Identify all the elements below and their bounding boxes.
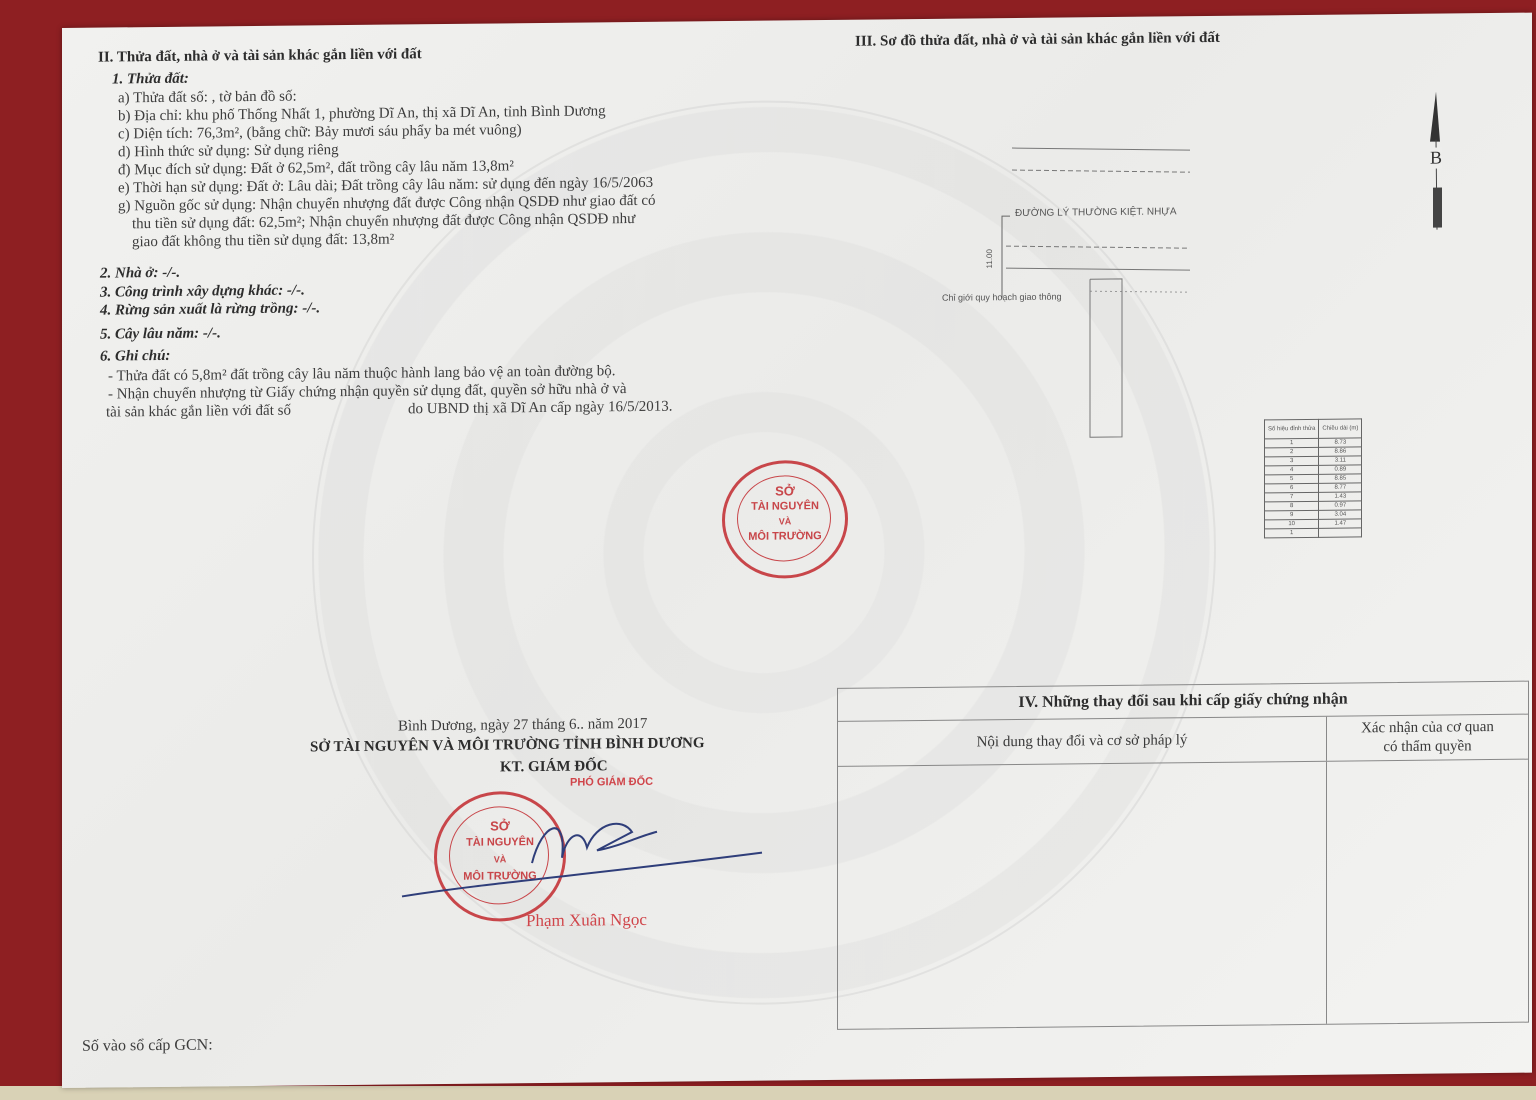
deputy-director-label: PHÓ GIÁM ĐỐC [570, 776, 653, 789]
signature-scribble [392, 801, 772, 915]
parcel-number: a) Thửa đất số: , tờ bản đồ số: [118, 89, 297, 108]
registry-number-label: Số vào sổ cấp GCN: [82, 1036, 213, 1055]
notes-heading: 6. Ghi chú: [100, 348, 170, 366]
perennial-item: 5. Cây lâu năm: -/-. [100, 325, 221, 343]
land-certificate-page: II. Thửa đất, nhà ở và tài sản khác gắn … [62, 13, 1532, 1088]
road-label: ĐƯỜNG LÝ THƯỜNG KIỆT. NHỰA [1015, 206, 1177, 219]
note-3b: do UBND thị xã Dĩ An cấp ngày 16/5/2013. [408, 399, 673, 419]
north-label: B [1430, 148, 1442, 169]
table-row: 1 [1265, 528, 1362, 538]
issue-date: Bình Dương, ngày 27 tháng 6.. năm 2017 [398, 716, 647, 736]
usage-form: d) Hình thức sử dụng: Sử dụng riêng [118, 142, 339, 161]
note-3a: tài sản khác gắn liền với đất số [106, 403, 291, 422]
usage-origin-3: giao đất không thu tiền sử dụng đất: 13,… [132, 232, 394, 252]
section-3-title: III. Sơ đồ thửa đất, nhà ở và tài sản kh… [855, 30, 1220, 51]
signer-name: Phạm Xuân Ngọc [526, 910, 647, 931]
changes-column-header: Nội dung thay đổi và cơ sở pháp lý [838, 717, 1327, 766]
land-parcel-heading: 1. Thửa đất: [112, 71, 189, 89]
road-width-label: 11.00 [985, 249, 994, 269]
signer-role: KT. GIÁM ĐỐC [500, 758, 608, 776]
section-2-title: II. Thửa đất, nhà ở và tài sản khác gắn … [98, 46, 422, 66]
forest-item: 4. Rừng sản xuất là rừng trồng: -/-. [100, 300, 320, 319]
house-item: 2. Nhà ở: -/-. [100, 265, 180, 283]
table-surface [0, 1086, 1536, 1100]
authority-column-header: Xác nhận của cơ quancó thẩm quyền [1327, 715, 1528, 761]
other-construction-item: 3. Công trình xây dựng khác: -/-. [100, 282, 305, 301]
vertex-length-table: Số hiệu đỉnh thửa Chiều dài (m) 18.7328.… [1264, 418, 1362, 538]
changes-table: IV. Những thay đổi sau khi cấp giấy chứn… [837, 681, 1529, 1030]
area: c) Diện tích: 76,3m², (bằng chữ: Bảy mươ… [118, 122, 522, 143]
planning-boundary-label: Chỉ giới quy hoạch giao thông [942, 292, 1061, 303]
